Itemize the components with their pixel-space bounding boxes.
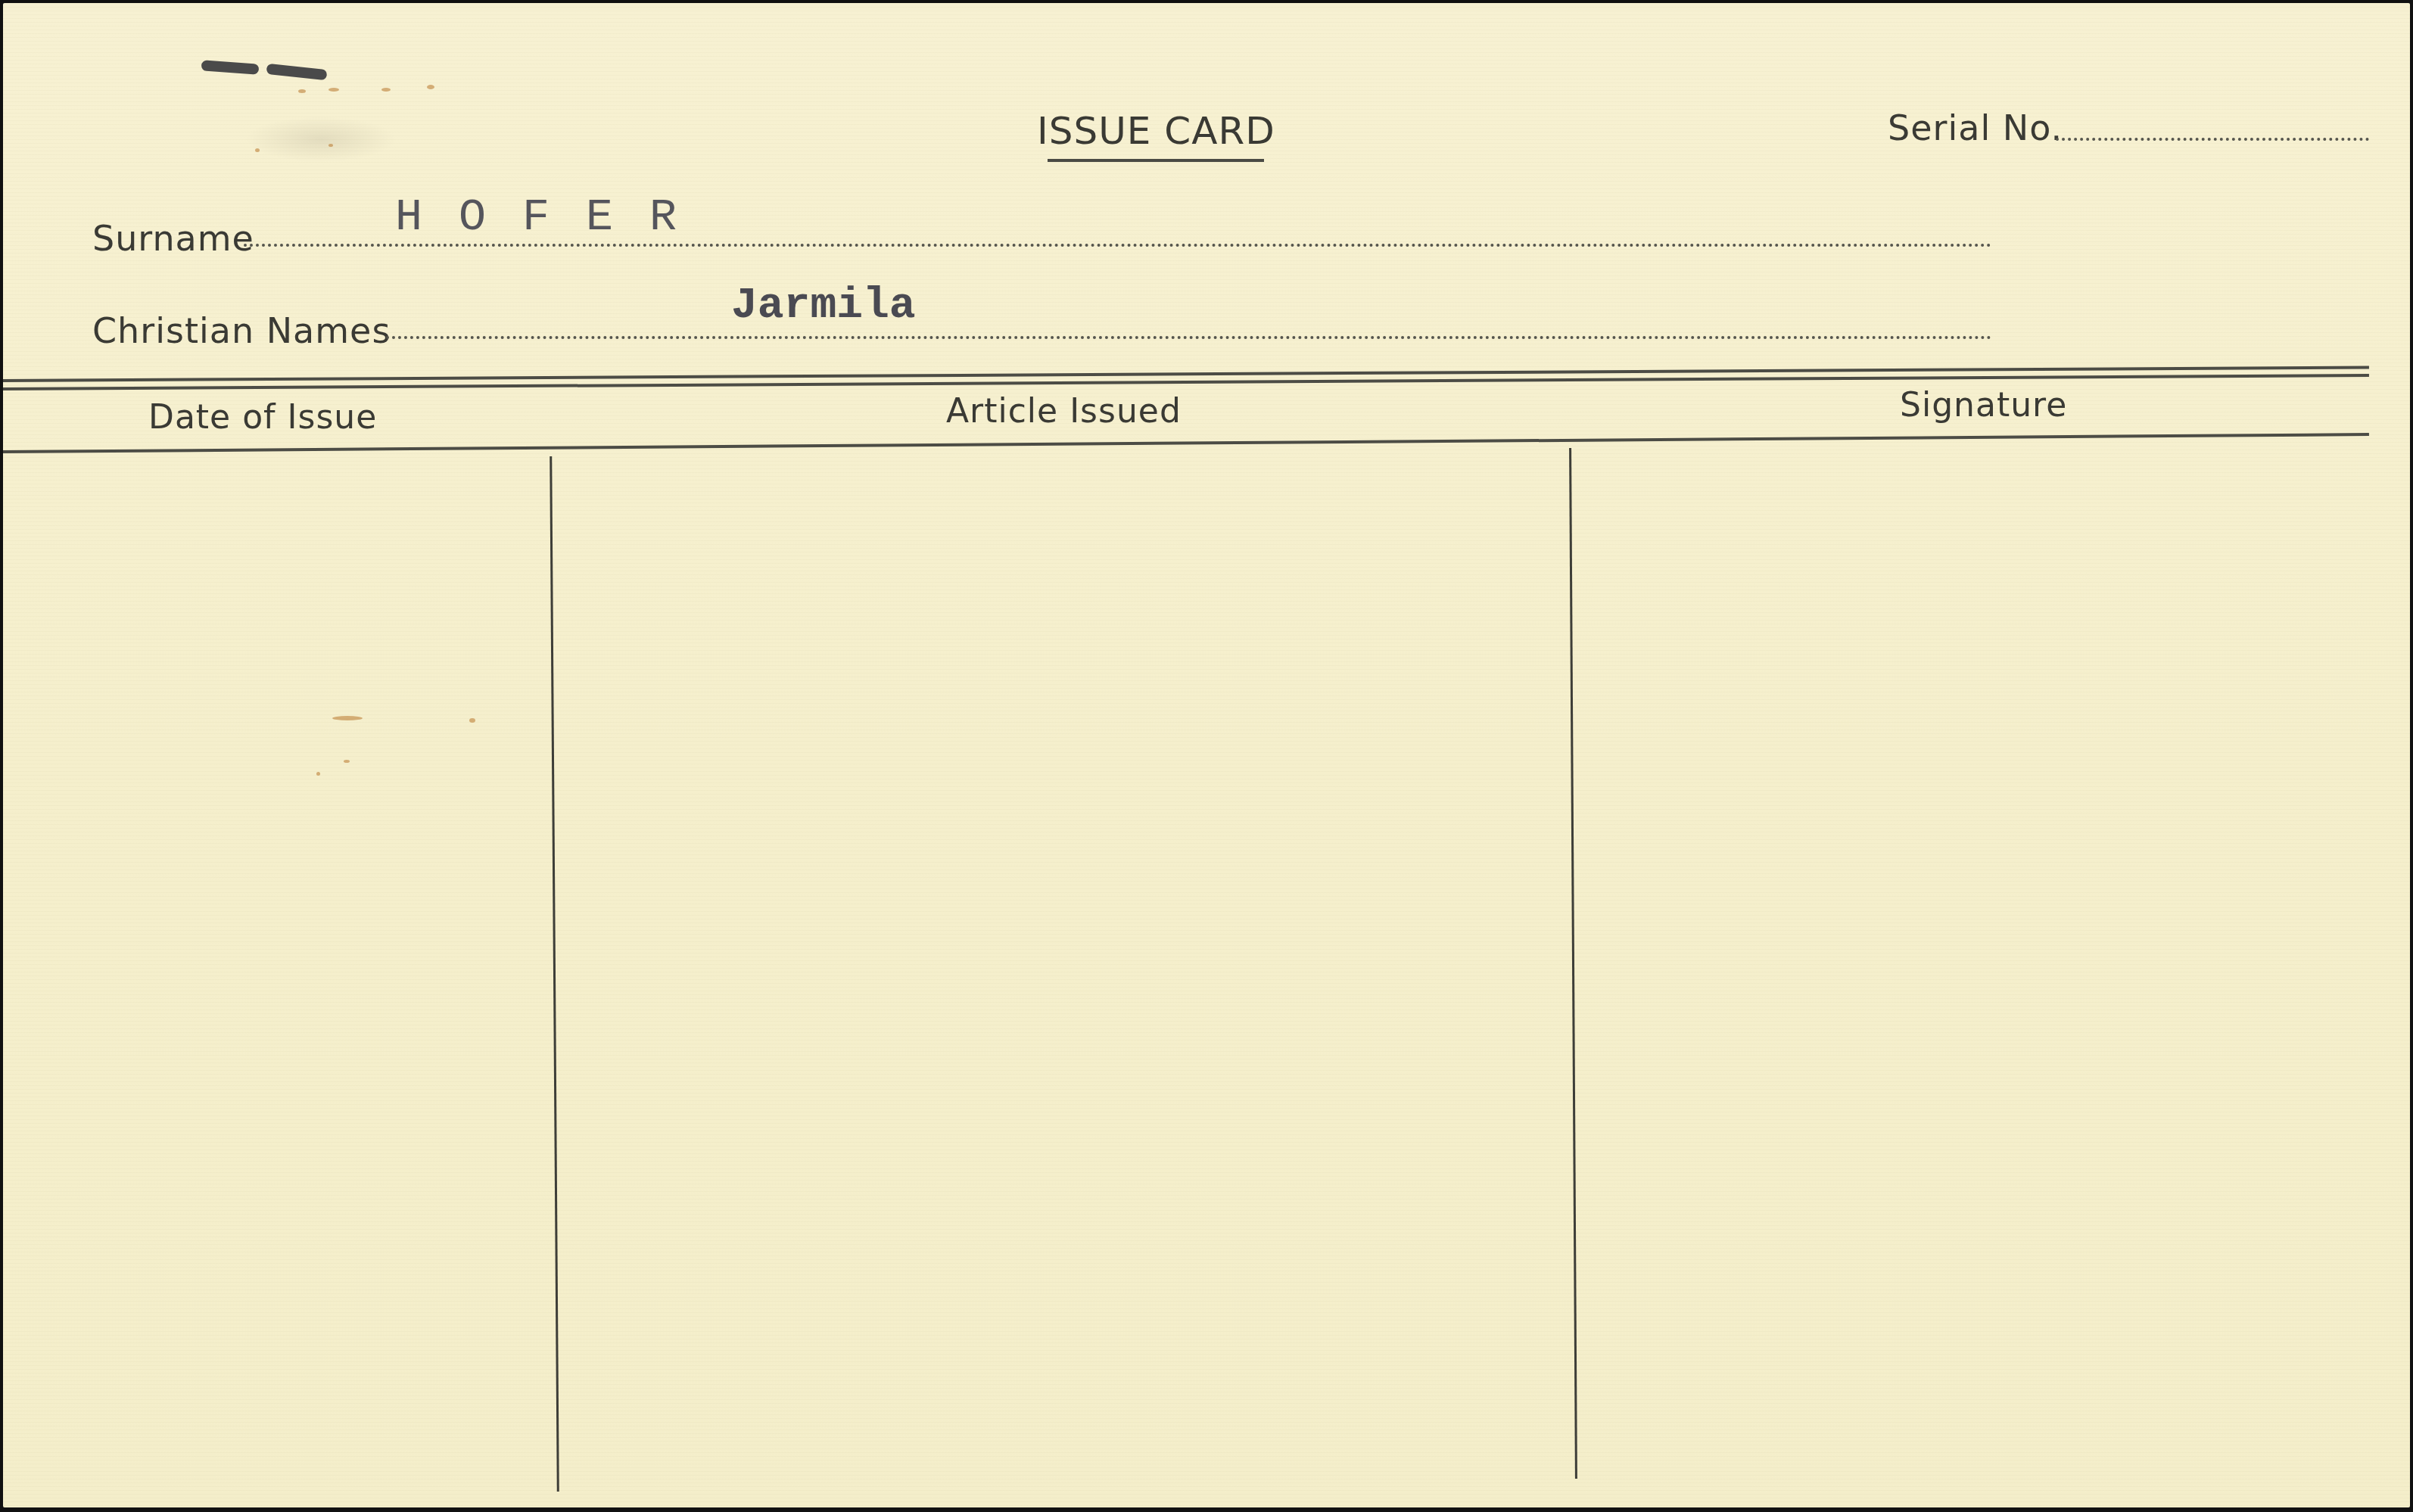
header-top-rule — [3, 366, 2369, 382]
rust-spot — [381, 88, 391, 92]
surname-value: H O F E R — [395, 192, 681, 244]
serial-no-label: Serial No. — [1888, 107, 2063, 148]
serial-no-field[interactable] — [2056, 138, 2369, 141]
issue-card: ISSUE CARD Serial No. Surname H O F E R … — [3, 3, 2410, 1507]
rust-spot — [427, 85, 434, 89]
surname-label: Surname — [92, 218, 254, 259]
staple-mark — [201, 60, 260, 74]
christian-names-value: Jarmila — [731, 282, 916, 331]
christian-names-field[interactable] — [386, 336, 1992, 339]
rust-spot — [255, 148, 260, 152]
surname-field[interactable] — [244, 244, 1992, 247]
rust-spot — [328, 144, 333, 147]
stain — [245, 117, 397, 162]
signature-column-body — [1576, 450, 2371, 1479]
article-issued-column-body — [557, 457, 1571, 1486]
column-header-article-issued: Article Issued — [946, 392, 1182, 431]
card-title: ISSUE CARD — [1037, 109, 1275, 153]
rust-spot — [298, 89, 306, 93]
staple-mark — [266, 64, 327, 80]
column-header-date-of-issue: Date of Issue — [148, 398, 377, 437]
christian-names-label: Christian Names — [92, 310, 391, 351]
rust-spot — [328, 88, 339, 92]
title-underline — [1048, 159, 1264, 162]
column-header-signature: Signature — [1900, 386, 2067, 425]
date-of-issue-column-body — [3, 457, 553, 1494]
